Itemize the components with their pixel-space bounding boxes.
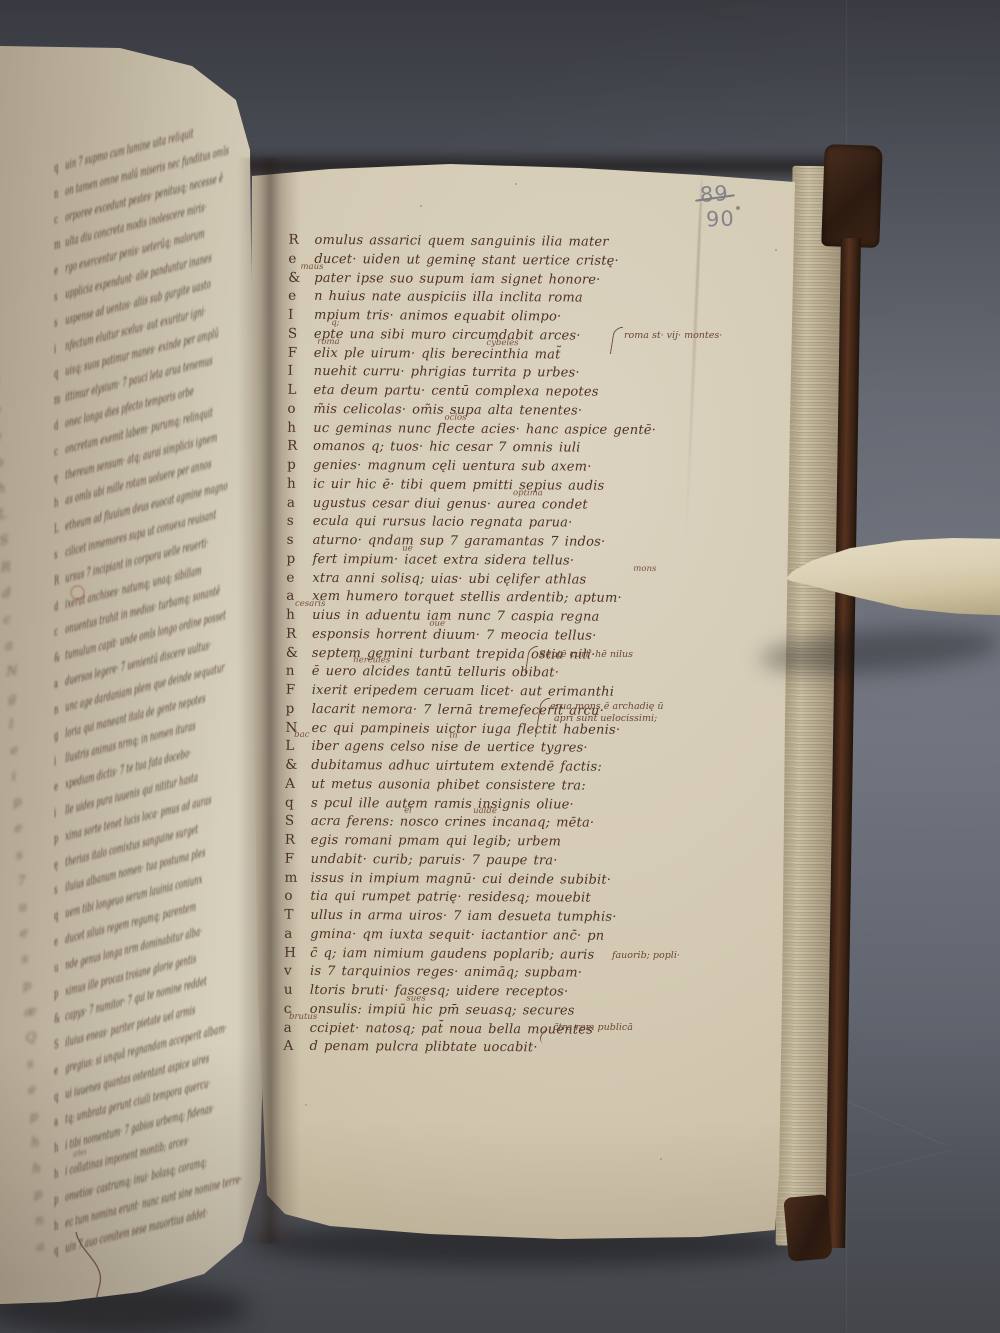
parchment-stain: [70, 585, 85, 600]
interlinear-gloss: sues: [406, 994, 425, 1003]
line-initial: p: [54, 1185, 65, 1214]
line-text: ducet· uiden ut geminę stant uertice cri…: [314, 252, 619, 269]
line-initial: &: [54, 643, 65, 672]
line-text: tia qui rumpet patrię· residesq; mouebit: [310, 889, 590, 906]
line-initial: a: [54, 1108, 65, 1137]
edge-initial-letter: e: [14, 820, 28, 848]
line-text: xem humero torquet stellis ardentib; apt…: [312, 589, 622, 606]
interlinear-gloss: el: [404, 807, 412, 816]
verse-line: hic uir hic ē· tibi quem pmitti sepius a…: [287, 475, 697, 496]
verse-line: secula qui rursus lacio regnata parua·: [287, 512, 697, 533]
folio-number-crossed-out: 89: [699, 181, 729, 207]
edge-initial-letter: d: [2, 585, 16, 613]
line-initial: c: [54, 205, 65, 234]
line-initial: h: [54, 1133, 65, 1162]
line-initial: n: [54, 179, 65, 208]
edge-initial-letter: p: [33, 1187, 47, 1215]
verse-line: nē uero alcides tantū telluris obibat·he…: [286, 662, 696, 683]
interlinear-gloss: q;: [331, 319, 339, 328]
edge-initial-letter: s: [16, 847, 30, 875]
verse-line: Leta deum partu· centū complexa nepotes: [287, 381, 697, 402]
verse-line: ultoris bruti· fascesq; uidere receptos·: [284, 981, 694, 1002]
verse-line: Ad penam pulcra plibtate uocabit·: [283, 1037, 693, 1058]
margin-gloss-text: c̃tra rem publicā: [553, 1022, 633, 1033]
line-text: ic uir hic ē· tibi quem pmitti sepius au…: [313, 477, 605, 494]
line-text: esponsis horrent diuum· 7 meocia tellus·: [312, 627, 596, 644]
line-initial: L: [54, 514, 65, 543]
line-initial: q: [54, 1082, 65, 1111]
verse-line: consulis: impiū hic pm̄ seuasq; securess…: [284, 999, 694, 1020]
line-text: acra ferens: nosco crines incanaq; mēta·: [311, 814, 594, 831]
line-initial: h: [54, 1159, 65, 1188]
line-text: is 7 tarquinios reges· animāq; supbam·: [310, 964, 582, 981]
verse-line: Aut metus ausonia phibet consistere tra:: [285, 774, 695, 795]
line-initial: h: [54, 1211, 65, 1240]
edge-initial-letter: a: [36, 1239, 50, 1267]
edge-initial-letter: u: [18, 899, 32, 927]
verse-line: Liber agens celso nise de uertice tygres…: [285, 737, 695, 758]
edge-initial-letter: 7: [17, 873, 31, 901]
verse-line: Impium tris· animos equabit olimpo·: [288, 306, 698, 327]
edge-initial-letter: h: [0, 481, 10, 509]
edge-initial-letter: p: [22, 977, 36, 1005]
leather-binding-top: [821, 144, 883, 248]
line-text: uius in aduentu iam nunc 7 caspia regna: [312, 608, 599, 625]
line-initial: s: [54, 876, 65, 905]
line-text: undabit· curib; paruis· 7 paupe tra·: [311, 852, 558, 869]
line-initial: ę: [54, 463, 65, 492]
line-text: ut metus ausonia phibet consistere tra:: [311, 777, 586, 794]
line-text: pater ipse suo supum iam signet honore·: [314, 270, 600, 287]
line-initial: a: [54, 669, 65, 698]
line-text: n huius nate auspiciis illa inclita roma: [314, 289, 583, 306]
margin-gloss-text: erua mons ē archadię ū: [550, 701, 664, 712]
verse-line: &septem gemini turbant trepida ostia nil…: [286, 643, 696, 664]
verse-line: axem humero torquet stellis ardentib; ap…: [286, 587, 696, 608]
interlinear-gloss: oclos: [444, 413, 466, 422]
line-initial: i: [54, 747, 65, 776]
verse-line: otia qui rumpet patrię· residesq; mouebi…: [284, 887, 694, 908]
line-initial: e: [54, 1056, 65, 1085]
line-text: elix ple uirum· qlis berecinthia mat̃: [314, 345, 561, 362]
line-initial: q: [54, 901, 65, 930]
verse-line: Romanos q; tuos· hic cesar 7 omnis iuli: [287, 437, 697, 458]
verse-line: Responsis horrent diuum· 7 meocia tellus…: [286, 624, 696, 645]
edge-initial-letter: a: [5, 637, 19, 665]
verse-line: pgenies· magnum cęli uentura sub axem·: [287, 456, 697, 477]
edge-initial-letter: S: [0, 533, 13, 561]
line-text: s pcul ille autem ramis insignis oliue·: [311, 795, 574, 812]
line-text: iber agens celso nise de uertice tygres·: [311, 739, 587, 756]
line-text: dubitamus adhuc uirtutem extendē factis:: [311, 758, 602, 775]
edge-initial-letter: R: [1, 559, 15, 587]
line-initial: q: [54, 360, 65, 389]
interlinear-gloss: cybeles: [486, 338, 518, 347]
line-initial: m: [54, 385, 65, 414]
right-page-text-block: Romulus assarici quem sanguinis ilia mat…: [283, 231, 698, 1058]
edge-initial-letter: i: [12, 768, 26, 796]
line-text: fert impium· iacet extra sidera tellus·: [312, 552, 574, 569]
verse-line: agmina· qm iuxta sequit· iactantior anc̄…: [284, 924, 694, 945]
verse-line: saturno· qndam sup 7 garamantas 7 indos·: [287, 531, 697, 552]
verse-line: Regis romani pmam qui legib; urbem: [285, 831, 695, 852]
interlinear-gloss: ualde: [473, 807, 497, 816]
interlinear-gloss: mons: [633, 564, 656, 573]
line-initial: u: [54, 953, 65, 982]
line-text: epte una sibi muro circumdabit arces·: [314, 327, 581, 344]
line-text: gmina· qm iuxta sequit· iactantior anc̄·…: [310, 927, 604, 944]
edge-initial-letter: p: [13, 794, 27, 822]
line-text: ecula qui rursus lacio regnata parua·: [313, 514, 573, 531]
line-text: genies· magnum cęli uentura sub axem·: [313, 458, 592, 475]
photo-backdrop: bani:asrsidadoebhLSRdcaNgleipes7uespæQse…: [0, 0, 1000, 1333]
line-initial: m: [54, 231, 65, 260]
edge-initial-letter: N: [6, 664, 20, 692]
edge-initial-letter: n: [35, 1213, 49, 1241]
line-text: ē uero alcides tantū telluris obibat·: [312, 664, 559, 681]
line-text: egis romani pmam qui legib; urbem: [311, 833, 561, 850]
line-initial: s: [54, 308, 65, 337]
edge-initial-letter: L: [0, 507, 11, 535]
edge-initial-letter: Q: [25, 1030, 39, 1058]
verse-line: &dubitamus adhuc uirtutem extendē factis…: [285, 756, 695, 777]
interlinear-gloss: optima: [513, 489, 543, 498]
margin-gloss-text: fauorib; popli·: [612, 950, 680, 961]
edge-initial-letter: h: [32, 1160, 46, 1188]
line-text: nuehit curru· phrigias turrita p urbes·: [314, 364, 580, 381]
verse-line: Fixerit eripedem ceruam licet· aut erima…: [286, 681, 696, 702]
line-text: omanos q; tuos· hic cesar 7 omnis iuli: [313, 439, 580, 456]
edge-initial-letter: b: [0, 454, 9, 482]
edge-initial-letter: h: [31, 1134, 45, 1162]
line-initial: i: [54, 334, 65, 363]
line-initial: n: [54, 695, 65, 724]
line-initial: c: [54, 618, 65, 647]
verse-line: Felix ple uirum· qlis berecinthia mat̃ro…: [288, 343, 698, 364]
line-text: onsulis: impiū hic pm̄ seuasq; secures: [310, 1002, 575, 1019]
edge-initial-letter: l: [9, 716, 23, 744]
verse-line: missus in impium magnū· cui deinde subib…: [285, 868, 695, 889]
interlinear-gloss: hercules: [353, 656, 390, 665]
edge-initial-letter: g: [7, 690, 21, 718]
line-initial: R: [54, 566, 65, 595]
interlinear-gloss: oue: [429, 619, 445, 628]
line-text: ullus in arma uiros· 7 iam desueta tumph…: [310, 908, 616, 925]
interlinear-gloss: maus: [300, 262, 323, 271]
margin-gloss-text: Septē curt' hē nilus: [539, 649, 633, 660]
line-initial: &: [54, 1004, 65, 1033]
verse-line: Fundabit· curib; paruis· 7 paupe tra·: [285, 849, 695, 870]
edge-initial-letter: p: [29, 1108, 43, 1136]
margin-gloss-text: apri sunt uelocissimi;: [554, 713, 664, 725]
line-text: omulus assarici quem sanguinis ilia mate…: [314, 233, 608, 250]
verse-line: Romulus assarici quem sanguinis ilia mat…: [288, 231, 698, 252]
margin-gloss-favoribus: fauorib; popli·: [612, 950, 680, 962]
line-initial: h: [54, 489, 65, 518]
edge-initial-letter: e: [20, 925, 34, 953]
interlinear-gloss: ue: [402, 544, 413, 553]
edge-initial-letter: s: [27, 1056, 41, 1084]
line-text: mpium tris· animos equabit olimpo·: [314, 308, 561, 325]
interlinear-gloss: roma: [317, 337, 339, 346]
verse-line: Sacra ferens: nosco crines incanaq; mēta…: [285, 812, 695, 833]
line-text: ixerit eripedem ceruam licet· aut eriman…: [312, 683, 614, 700]
verse-line: huius in aduentu iam nunc 7 caspia regna…: [286, 606, 696, 627]
line-initial: s: [54, 540, 65, 569]
edge-initial-letter: e: [10, 742, 24, 770]
line-initial: q: [54, 153, 65, 182]
margin-gloss-erymanthus: erua mons ē archadię ū apri sunt uelocis…: [550, 701, 664, 725]
folio-number: 90: [706, 207, 736, 232]
line-text: ugustus cesar diui genus· aurea condet: [313, 495, 588, 512]
line-initial: d: [54, 411, 65, 440]
verse-line: &pater ipse suo supum iam signet honore·…: [288, 268, 698, 289]
line-initial: e: [54, 927, 65, 956]
margin-gloss-roma: roma st· vij· montes·: [624, 330, 722, 342]
verse-line: Tullus in arma uiros· 7 iam desueta tump…: [284, 906, 694, 927]
line-text: ltoris bruti· fascesq; uidere receptos·: [310, 983, 569, 1000]
line-initial: p: [54, 824, 65, 853]
line-initial: s: [54, 282, 65, 311]
verse-line: vis 7 tarquinios reges· animāq; supbam·: [284, 962, 694, 983]
line-initial: e: [54, 772, 65, 801]
verse-line: om̃is celicolas· om̃is supa alta tenente…: [287, 400, 697, 421]
line-text: c̄ q; iam nimium gaudens poplarib; auris: [310, 945, 594, 962]
margin-gloss-text: roma st· vij· montes·: [624, 330, 722, 341]
line-text: d penam pulcra plibtate uocabit·: [309, 1039, 537, 1055]
verse-line: educet· uiden ut geminę stant uertice cr…: [288, 250, 698, 271]
ink-speckles: [0, 0, 2, 2]
line-text: aturno· qndam sup 7 garamantas 7 indos·: [313, 533, 606, 550]
line-initial: d: [54, 592, 65, 621]
gutter-shadow: [238, 158, 300, 1244]
edge-initial-letter: e: [28, 1082, 42, 1110]
edge-initial-letter: æ: [24, 1004, 38, 1032]
margin-gloss-contra: c̃tra rem publicā: [553, 1022, 633, 1034]
line-initial: q: [54, 1237, 65, 1266]
line-initial: c: [54, 437, 65, 466]
margin-gloss-septem: Septē curt' hē nilus: [539, 649, 633, 661]
line-text: xtra anni solisq; uias· ubi cęlifer athl…: [312, 570, 586, 587]
leather-binding-bottom: [783, 1194, 832, 1262]
line-initial: e: [54, 256, 65, 285]
verse-line: Inuehit curru· phrigias turrita p urbes·: [288, 362, 698, 383]
line-text: eta deum partu· centū complexa nepotes: [314, 383, 599, 400]
line-initial: g: [54, 721, 65, 750]
verse-line: en huius nate auspiciis illa inclita rom…: [288, 287, 698, 308]
verse-line: augustus cesar diui genus· aurea condeto…: [287, 493, 697, 514]
line-text: uc geminas nunc flecte acies· hanc aspic…: [313, 420, 656, 437]
line-initial: ę: [54, 850, 65, 879]
line-text: issus in impium magnū· cui deinde subibi…: [311, 870, 612, 887]
line-initial: i: [54, 798, 65, 827]
interlinear-gloss: in: [449, 732, 457, 741]
verse-line: extra anni solisq; uias· ubi cęlifer ath…: [286, 568, 696, 589]
left-page-text-block: quin 7 supmo cum lumine uita reliquitnon…: [54, 114, 222, 1265]
line-initial: S: [54, 1030, 65, 1059]
verse-line: huc geminas nunc flecte acies· hanc aspi…: [287, 418, 697, 439]
edge-initial-letter: c: [3, 611, 17, 639]
line-initial: p: [54, 979, 65, 1008]
edge-initial-letter: s: [21, 951, 35, 979]
